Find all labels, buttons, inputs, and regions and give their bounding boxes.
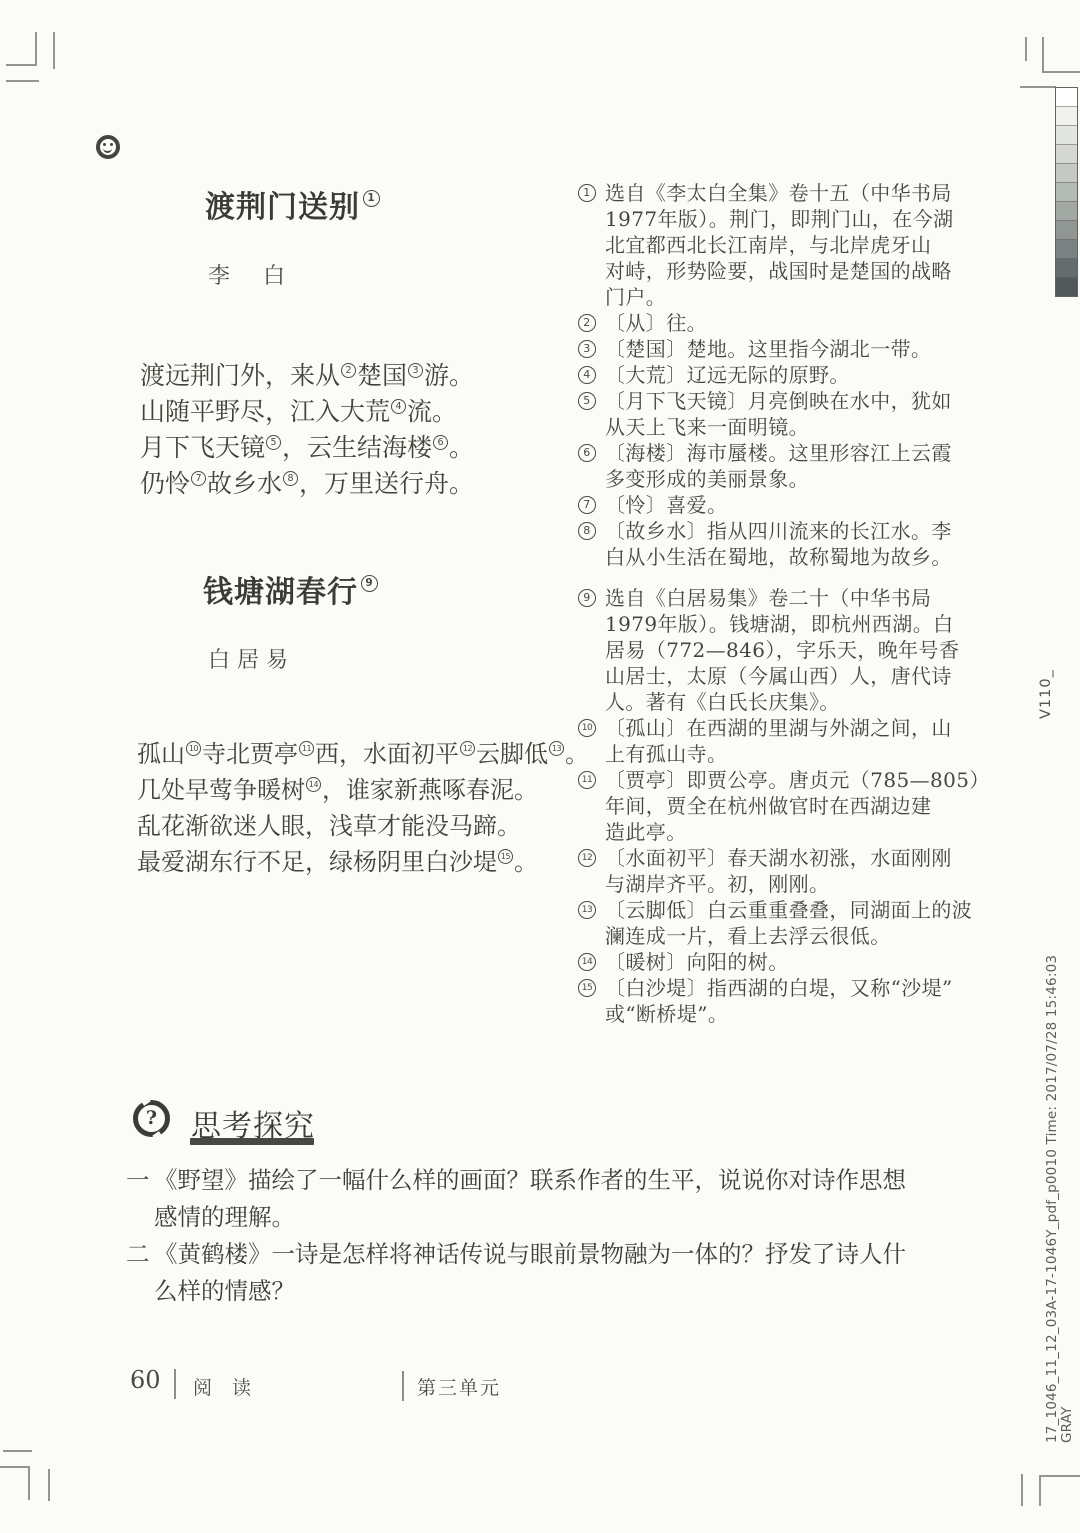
poem-text: 山随平野尽，江入大荒 [140,397,390,426]
annotations-column: 1选自《李太白全集》卷十五（中华书局 1977年版）。荆门，即荆门山，在今湖 北… [578,180,1008,1027]
grayscale-calibration-bar [1055,87,1078,297]
poem-text: 最爱湖东行不足，绿杨阴里白沙堤 [137,848,497,876]
annotation-text: 〔孤山〕在西湖的里湖与外湖之间，山 上有孤山寺。 [605,715,1005,767]
poem-text: 孤山 [137,740,185,768]
annotation-item: 10〔孤山〕在西湖的里湖与外湖之间，山 上有孤山寺。 [578,715,1008,767]
annotation-text: 〔白沙堤〕指西湖的白堤，又称“沙堤” 或“断桥堤”。 [605,975,1005,1027]
crop-mark [28,1466,30,1500]
grayscale-bar-tick [1020,86,1056,88]
poem-line: 乱花渐欲迷人眼，浅草才能没马蹄。 [137,808,589,844]
crop-mark [1039,1475,1041,1506]
annotation-text: 〔从〕往。 [605,310,1005,336]
crop-mark [0,1466,30,1468]
footnote-ref-icon: 6 [578,444,596,462]
footnote-ref-icon: 2 [341,363,356,378]
poem-text: 楚国 [357,361,407,390]
footer-divider [174,1369,176,1399]
poem-text: ，万里送行舟。 [299,469,474,498]
footnote-ref-icon: 14 [578,953,596,971]
grayscale-step [1056,107,1077,126]
press-slug: 17_1046_11_12_03A-17-1046Y_pdf_p0010 Tim… [1045,955,1074,1443]
press-slug-line: 17_1046_11_12_03A-17-1046Y_pdf_p0010 Tim… [1045,955,1060,1443]
footnote-ref-icon: 9 [361,575,378,592]
footnote-ref-icon: 13 [578,901,596,919]
poem-text: 乱花渐欲迷人眼，浅草才能没马蹄。 [137,812,521,840]
grayscale-step [1056,88,1077,107]
footnote-ref-icon: 7 [191,471,206,486]
annotation-text: 选自《李太白全集》卷十五（中华书局 1977年版）。荆门，即荆门山，在今湖 北宜… [605,180,1005,310]
footnote-ref-icon: 5 [266,435,281,450]
poem-text: 渡远荆门外，来从 [140,361,340,390]
poem-line: 渡远荆门外，来从2楚国3游。 [140,358,474,394]
grayscale-step [1056,164,1077,183]
annotation-text: 〔楚国〕楚地。这里指今湖北一带。 [605,336,1005,362]
annotation-item: 2〔从〕往。 [578,310,1008,336]
grayscale-step [1056,278,1077,296]
annotation-text: 〔故乡水〕指从四川流来的长江水。李 白从小生活在蜀地，故称蜀地为故乡。 [605,518,1005,570]
press-gray-label: GRAY [1060,955,1075,1443]
crop-mark [1039,1475,1080,1477]
question-text: 《野望》描绘了一幅什么样的画面？联系作者的生平，说说你对诗作思想 感情的理解。 [154,1162,954,1236]
poem-line: 山随平野尽，江入大荒4流。 [140,394,474,430]
crop-mark [6,80,39,82]
annotation-item: 4〔大荒〕辽远无际的原野。 [578,362,1008,388]
poem-line: 仍怜7故乡水8，万里送行舟。 [140,466,474,502]
grayscale-step [1056,259,1077,278]
footnote-ref-icon: 10 [186,741,201,756]
annotation-item: 15〔白沙堤〕指西湖的白堤，又称“沙堤” 或“断桥堤”。 [578,975,1008,1027]
question-number: 一 [126,1162,154,1236]
poem-title: 渡荆门送别1 [205,182,380,226]
footer-divider [402,1371,404,1401]
poem-text: 西，水面初平 [315,740,459,768]
annotation-text: 〔云脚低〕白云重重叠叠，同湖面上的波 澜连成一片，看上去浮云很低。 [605,897,1005,949]
annotation-item: 13〔云脚低〕白云重重叠叠，同湖面上的波 澜连成一片，看上去浮云很低。 [578,897,1008,949]
footnote-ref-icon: 5 [578,392,596,410]
poem-text: 。 [449,433,474,462]
poem-text: ，谁家新燕啄春泥。 [322,776,538,804]
grayscale-step [1056,202,1077,221]
poem-body: 孤山10寺北贾亭11西，水面初平12云脚低13。几处早莺争暖树14，谁家新燕啄春… [137,736,589,880]
annotation-text: 〔贾亭〕即贾公亭。唐贞元（785—805） 年间，贾全在杭州做官时在西湖边建 造… [605,767,1005,845]
poem-text: 月下飞天镜 [140,433,265,462]
annotation-item: 9选自《白居易集》卷二十（中华书局 1979年版）。钱塘湖，即杭州西湖。白 居易… [578,585,1008,715]
grayscale-step [1056,145,1077,164]
poem-text: ，云生结海楼 [282,433,432,462]
annotation-text: 选自《白居易集》卷二十（中华书局 1979年版）。钱塘湖，即杭州西湖。白 居易（… [605,585,1005,715]
poem-line: 孤山10寺北贾亭11西，水面初平12云脚低13。 [137,736,589,772]
footer-section-label: 阅 读 [193,1373,258,1400]
poem-title-text: 渡荆门送别 [205,190,360,225]
question-mark-glyph: ? [138,1105,165,1132]
annotation-text: 〔月下飞天镜〕月亮倒映在水中，犹如 从天上飞来一面明镜。 [605,388,1005,440]
explore-heading-underline [190,1138,314,1145]
scanned-textbook-page: 渡荆门送别1 李 白 渡远荆门外，来从2楚国3游。山随平野尽，江入大荒4流。月下… [0,0,1080,1533]
annotation-item: 7〔怜〕喜爱。 [578,492,1008,518]
question-item: 二《黄鹤楼》一诗是怎样将神话传说与眼前景物融为一体的？抒发了诗人什 么样的情感？ [126,1236,966,1310]
crop-mark [1042,71,1080,73]
crop-mark [1021,1474,1023,1506]
footnote-ref-icon: 6 [433,435,448,450]
crop-mark [3,1450,32,1452]
poem-text: 。 [514,848,538,876]
poem-body: 渡远荆门外，来从2楚国3游。山随平野尽，江入大荒4流。月下飞天镜5，云生结海楼6… [140,358,474,502]
annotation-item: 5〔月下飞天镜〕月亮倒映在水中，犹如 从天上飞来一面明镜。 [578,388,1008,440]
footnote-ref-icon: 13 [549,741,564,756]
footnote-ref-icon: 7 [578,496,596,514]
annotation-text: 〔大荒〕辽远无际的原野。 [605,362,1005,388]
footnote-ref-icon: 1 [363,190,380,207]
crop-mark [48,1469,50,1501]
crop-mark [35,32,37,66]
annotation-item: 14〔暖树〕向阳的树。 [578,949,1008,975]
poem-text: 寺北贾亭 [202,740,298,768]
annotation-text: 〔怜〕喜爱。 [605,492,1005,518]
footnote-ref-icon: 3 [578,340,596,358]
annotation-item: 3〔楚国〕楚地。这里指今湖北一带。 [578,336,1008,362]
footnote-ref-icon: 11 [578,771,596,789]
poem-text: 流。 [407,397,457,426]
grayscale-step [1056,126,1077,145]
poem-line: 几处早莺争暖树14，谁家新燕啄春泥。 [137,772,589,808]
press-version-code: V110_ [1038,669,1054,719]
page-number: 60 [130,1366,161,1394]
footnote-ref-icon: 14 [306,777,321,792]
footnote-ref-icon: 2 [578,314,596,332]
footnote-ref-icon: 8 [283,471,298,486]
poem-text: 云脚低 [476,740,548,768]
poem-text: 游。 [424,361,474,390]
footnote-ref-icon: 4 [578,366,596,384]
questions-list: 一《野望》描绘了一幅什么样的画面？联系作者的生平，说说你对诗作思想 感情的理解。… [126,1162,966,1310]
footnote-ref-icon: 12 [460,741,475,756]
question-badge-icon: ? [133,1100,170,1137]
poem-text: 仍怜 [140,469,190,498]
grayscale-step [1056,183,1077,202]
annotation-item: 1选自《李太白全集》卷十五（中华书局 1977年版）。荆门，即荆门山，在今湖 北… [578,180,1008,310]
annotation-item: 12〔水面初平〕春天湖水初涨，水面刚刚 与湖岸齐平。初，刚刚。 [578,845,1008,897]
question-text: 《黄鹤楼》一诗是怎样将神话传说与眼前景物融为一体的？抒发了诗人什 么样的情感？ [154,1236,954,1310]
annotation-text: 〔海楼〕海市蜃楼。这里形容江上云霞 多变形成的美丽景象。 [605,440,1005,492]
poem-text: 故乡水 [207,469,282,498]
footnote-ref-icon: 15 [498,849,513,864]
poem-line: 月下飞天镜5，云生结海楼6。 [140,430,474,466]
footnote-ref-icon: 3 [408,363,423,378]
annotation-item: 11〔贾亭〕即贾公亭。唐贞元（785—805） 年间，贾全在杭州做官时在西湖边建… [578,767,1008,845]
smiley-icon [96,135,120,159]
crop-mark [6,64,37,66]
footnote-ref-icon: 4 [391,399,406,414]
annotation-item: 6〔海楼〕海市蜃楼。这里形容江上云霞 多变形成的美丽景象。 [578,440,1008,492]
poem-title-text: 钱塘湖春行 [203,575,358,610]
footnote-ref-icon: 8 [578,522,596,540]
footer-unit-label: 第三单元 [417,1373,501,1400]
crop-mark [1025,37,1027,61]
footnote-ref-icon: 9 [578,589,596,607]
poem-text: 几处早莺争暖树 [137,776,305,804]
crop-mark [1042,37,1044,73]
smiley-mouth [103,146,112,153]
badge-notch [152,1131,161,1140]
poem-author: 白居易 [208,643,295,674]
poem-title: 钱塘湖春行9 [203,567,378,611]
annotation-item: 8〔故乡水〕指从四川流来的长江水。李 白从小生活在蜀地，故称蜀地为故乡。 [578,518,1008,570]
poem-author: 李 白 [208,259,285,290]
footnote-ref-icon: 12 [578,849,596,867]
grayscale-step [1056,240,1077,259]
grayscale-step [1056,221,1077,240]
annotation-text: 〔暖树〕向阳的树。 [605,949,1005,975]
annotation-text: 〔水面初平〕春天湖水初涨，水面刚刚 与湖岸齐平。初，刚刚。 [605,845,1005,897]
question-number: 二 [126,1236,154,1310]
footnote-ref-icon: 15 [578,979,596,997]
footnote-ref-icon: 10 [578,719,596,737]
crop-mark [53,32,55,69]
poem-line: 最爱湖东行不足，绿杨阴里白沙堤15。 [137,844,589,880]
footnote-ref-icon: 11 [299,741,314,756]
question-item: 一《野望》描绘了一幅什么样的画面？联系作者的生平，说说你对诗作思想 感情的理解。 [126,1162,966,1236]
footnote-ref-icon: 1 [578,184,596,202]
